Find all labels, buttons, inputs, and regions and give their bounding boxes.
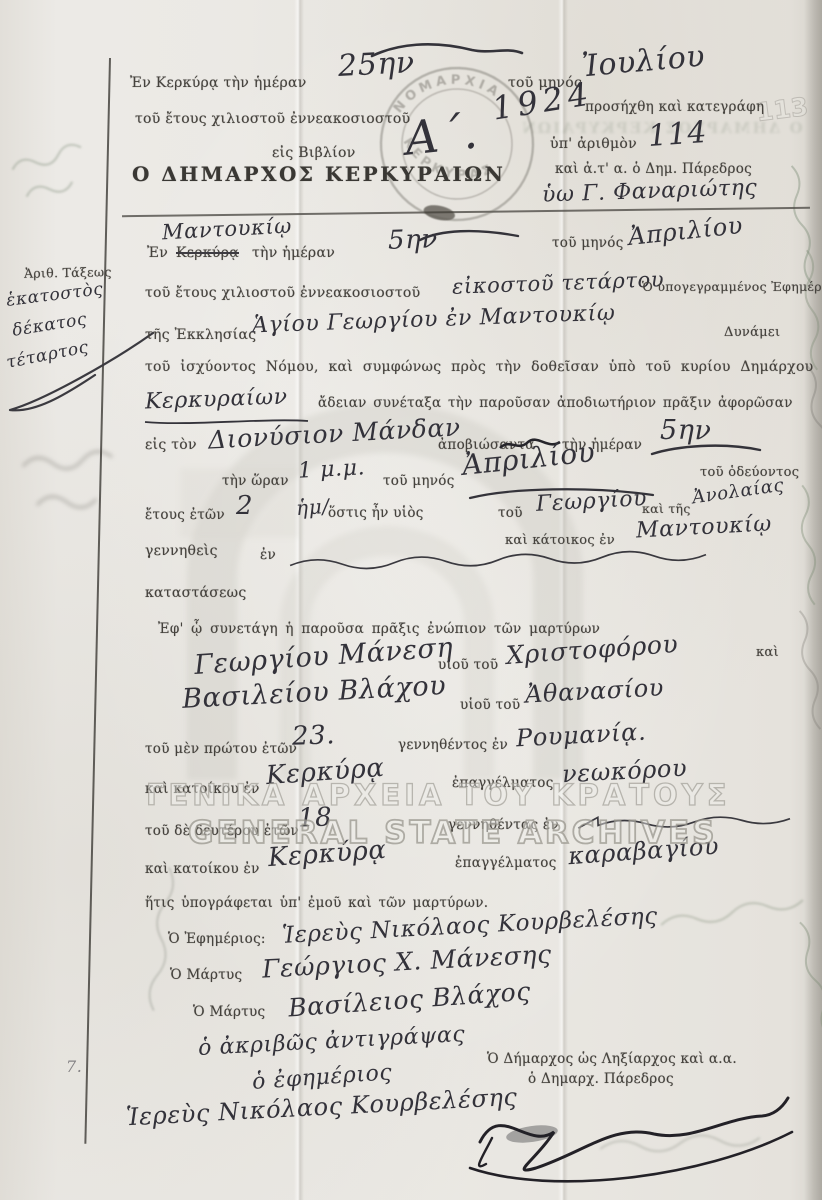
mayor-signature-flourish	[462, 1080, 802, 1185]
bleedthrough-scribble	[797, 249, 822, 370]
copyist-signature: Ἱερεὺς Νικόλαος Κουρβελέσης	[126, 1084, 519, 1131]
header-year-line: τοῦ ἔτους χιλιοστοῦ ἐννεακοσιοστοῦ	[135, 112, 410, 127]
body-l7-month-label: τοῦ μηνός	[383, 474, 455, 489]
body-l2-year-printed: τοῦ ἔτους χιλιοστοῦ ἐννεακοσιοστοῦ	[145, 286, 420, 301]
body-l8-mother: Ἀνολαίας	[691, 476, 785, 508]
signature3-label: Ὁ Μάρτυς	[193, 1005, 265, 1020]
body-l1-en: Ἐν	[147, 246, 168, 261]
witness2-father: Ἀθανασίου	[524, 674, 664, 708]
copyist-note: ὁ ἀκριβῶς ἀντιγράψας	[198, 1023, 466, 1061]
body-l9-born: γεννηθεὶς	[145, 544, 218, 559]
header-place-date: Ἐν Κερκύρᾳ τὴν ἡμέραν	[130, 76, 307, 91]
header-number-value: 114	[647, 116, 708, 153]
bleedthrough-scribble	[21, 434, 150, 536]
detail4-res-label: καὶ κατοίκου ἐν	[145, 862, 260, 877]
body-l5-deed: ἄδειαν συνέταξα τὴν παροῦσαν ἀποδιωτήριο…	[318, 396, 793, 411]
body-l9-place: Μαντουκίῳ	[635, 512, 772, 543]
body-l6-day: 5ην	[660, 416, 712, 446]
body-l9-resident: καὶ κάτοικος ἐν	[505, 534, 615, 548]
signature2-label: Ὁ Μάρτυς	[170, 968, 242, 983]
witness1-and: καὶ	[756, 646, 779, 660]
body-l7-hour: 1 μ.μ.	[297, 456, 365, 484]
pen-flourish	[372, 42, 522, 62]
watermark-greek: ΓΕΝΙΚΑ ΑΡΧΕΙΑ ΤΟΥ ΚΡΑΤΟΥΣ	[146, 780, 731, 812]
body-l8-tou: τοῦ	[498, 506, 523, 521]
bleedthrough-scribble	[8, 128, 112, 213]
detail4-job-label: ἐπαγγέλματος	[455, 856, 557, 871]
pen-flourish	[652, 444, 762, 460]
header-number-label: ὑπ' ἀριθμὸν	[550, 137, 637, 152]
body-place-correction: Μαντουκίῳ	[161, 215, 292, 245]
witness-intro: Ἐφ' ᾧ συνετάγη ἡ παροῦσα πρᾶξις ἐνώπιον …	[158, 622, 600, 637]
body-l2-year-hand: εἰκοστοῦ τετάρτου	[452, 268, 665, 298]
detail1-label: τοῦ μὲν πρώτου ἐτῶν	[145, 742, 297, 757]
header-registered-note: προσήχθη καὶ κατεγράφη	[585, 100, 764, 115]
signature1-label: Ὁ Ἐφημέριος:	[168, 932, 266, 947]
margin-rule-vertical	[84, 58, 111, 1144]
deputy-note: καὶ ἀ.τ' α. ὁ Δημ. Πάρεδρος	[555, 162, 752, 177]
body-l8-age: 2	[236, 492, 253, 521]
body-l1-struck-place: Κερκύρᾳ	[176, 246, 239, 261]
body-l5-mayor-of: Κερκυραίων	[145, 386, 288, 415]
detail1-age: 23.	[292, 721, 336, 751]
body-l2-signer: Ὁ ὑπογεγραμμένος Ἐφημέριος	[642, 280, 822, 294]
body-l7-hour-label: τὴν ὥραν	[222, 474, 289, 489]
pen-flourish	[420, 230, 520, 246]
header-book-label: εἰς Βιβλίον	[272, 146, 356, 161]
body-l8-tis: καὶ τῆς	[642, 502, 691, 516]
body-l1-month-label: τοῦ μηνός	[552, 236, 624, 251]
header-book-value: Α΄.	[403, 106, 481, 164]
detail1-birthplace: Ρουμανίᾳ.	[515, 719, 646, 752]
margin-flourish	[5, 315, 155, 415]
mayor-heading: Ο ΔΗΜΑΡΧΟΣ ΚΕΡΚΥΡΑΙΩΝ	[132, 163, 505, 185]
witness1-son-label: υἱοῦ τοῦ	[438, 658, 498, 673]
detail1-born-label: γεννηθέντος ἐν	[398, 738, 508, 753]
body-l8-half: ἡμ/	[295, 495, 330, 519]
body-l3-church-label: τῆς Ἐκκλησίας	[145, 328, 256, 343]
body-l9-in: ἐν	[260, 548, 276, 563]
body-l7-current: τοῦ ὁδεύοντος	[700, 466, 799, 480]
watermark-english: GENERAL STATE ARCHIVES	[188, 816, 718, 850]
document-page: Ο ΔΗΜΑΡΧΟΣ ΚΕΡΚΥΡΑΙΩΝ 113 7. ΝΟΜΑΡΧΙΑ ΚΕ…	[0, 0, 822, 1200]
witness2-son-label: υἱοῦ τοῦ	[460, 698, 520, 713]
margin-label: Ἀριθ. Τάξεως	[24, 265, 112, 280]
signature3-name: Βασίλειος Βλάχος	[287, 978, 531, 1022]
body-l10-status: καταστάσεως	[145, 586, 247, 601]
body-l6-to: εἰς τὸν	[145, 438, 197, 453]
deputy-signature: ὑω Γ. Φαναριώτης	[542, 176, 758, 208]
mayor-closing-line1: Ὁ Δήμαρχος ὡς Ληξίαρχος καὶ α.α.	[487, 1052, 737, 1067]
body-l8-age-label: ἔτους ἐτῶν	[145, 508, 225, 523]
margin-value-line1: ἑκατοστὸς	[5, 280, 104, 310]
body-l3-dynamei: Δυνάμει	[724, 326, 780, 340]
closing-line: ἥτις ὑπογράφεται ὑπ' ἐμοῦ καὶ τῶν μαρτύρ…	[145, 896, 488, 911]
header-month-value: Ἰουλίου	[581, 40, 707, 84]
body-l8-son: ὅστις ἦν υἱὸς	[328, 506, 424, 521]
body-l1-month: Ἀπριλίου	[627, 212, 744, 250]
bleedthrough-scribble	[659, 887, 811, 937]
body-l1-post: τὴν ἡμέραν	[252, 246, 335, 261]
faint-corner-mark: 7.	[66, 1058, 82, 1076]
body-l8-father: Γεωργίου	[535, 487, 647, 517]
body-l4-law: τοῦ ἰσχύοντος Νόμου, καὶ συμφώνως πρὸς τ…	[145, 360, 814, 375]
